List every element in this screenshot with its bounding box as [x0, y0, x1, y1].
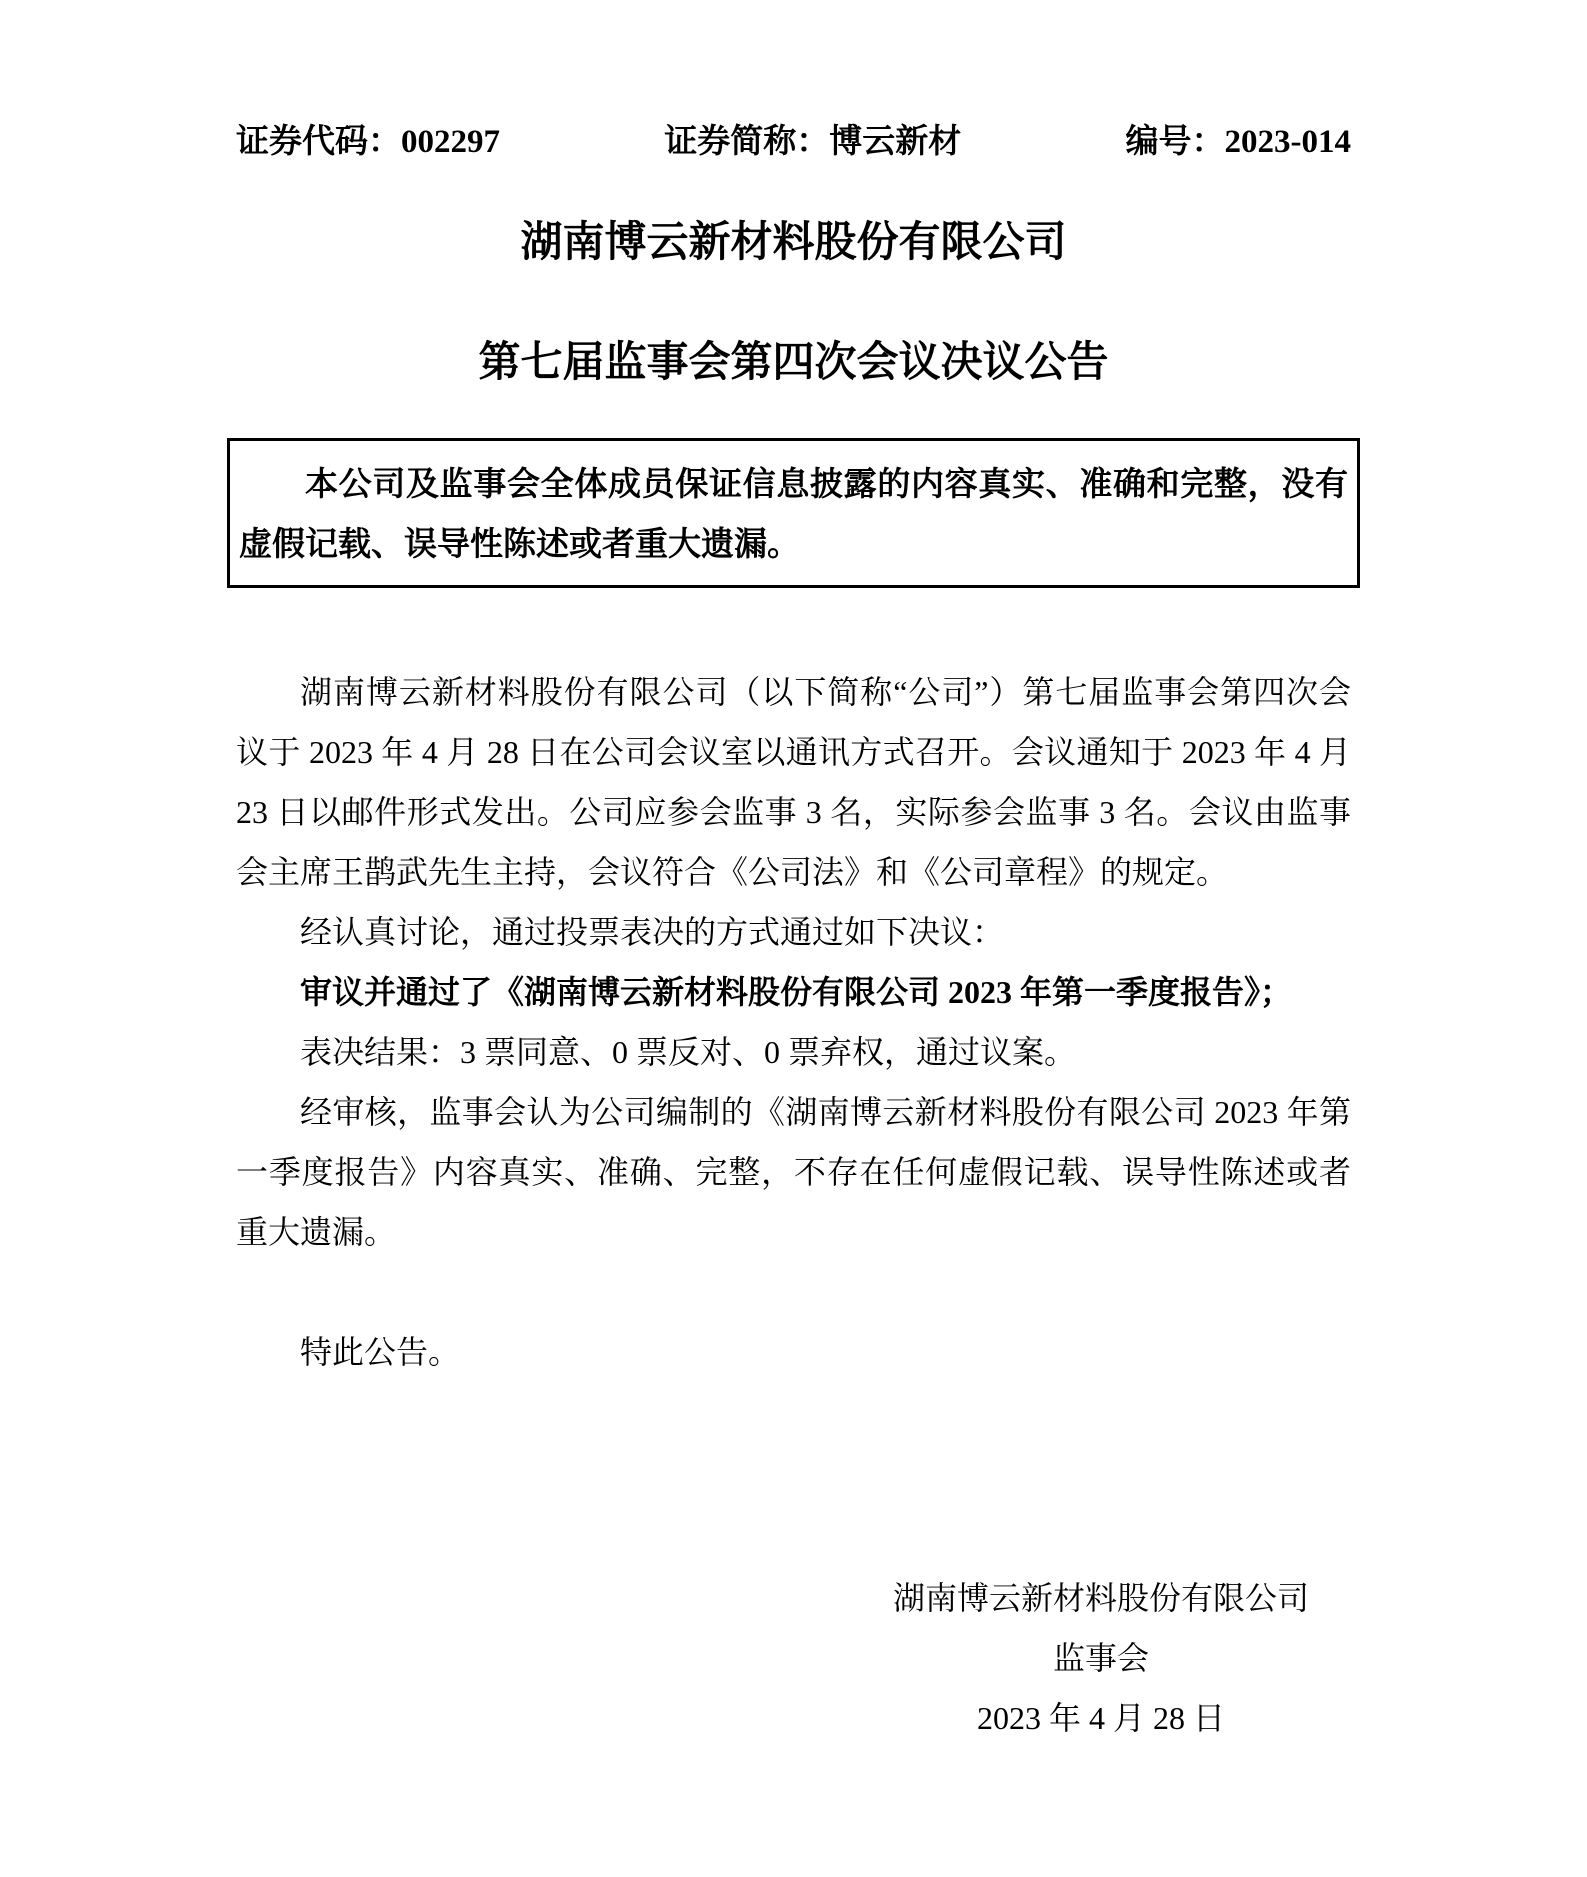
- disclosure-statement-box: 本公司及监事会全体成员保证信息披露的内容真实、准确和完整，没有虚假记载、误导性陈…: [227, 438, 1360, 588]
- resolution-item-paragraph: 审议并通过了《湖南博云新材料股份有限公司 2023 年第一季度报告》；: [236, 962, 1351, 1022]
- signature-block: 湖南博云新材料股份有限公司 监事会 2023 年 4 月 28 日: [851, 1568, 1351, 1748]
- company-name-title: 湖南博云新材料股份有限公司: [236, 218, 1351, 268]
- review-opinion-paragraph: 经审核，监事会认为公司编制的《湖南博云新材料股份有限公司 2023 年第一季度报…: [236, 1082, 1351, 1262]
- document-header: 证券代码：002297 证券简称：博云新材 编号：2023-014: [236, 122, 1351, 162]
- stock-code: 证券代码：002297: [236, 122, 500, 162]
- stock-abbreviation: 证券简称：博云新材: [664, 122, 961, 162]
- disclosure-statement-text: 本公司及监事会全体成员保证信息披露的内容真实、准确和完整，没有虚假记载、误导性陈…: [239, 455, 1348, 575]
- announcement-document: 证券代码：002297 证券简称：博云新材 编号：2023-014 湖南博云新材…: [0, 0, 1587, 1877]
- announcement-body: 湖南博云新材料股份有限公司（以下简称“公司”）第七届监事会第四次会议于 2023…: [236, 662, 1351, 1382]
- signature-company: 湖南博云新材料股份有限公司: [851, 1568, 1351, 1628]
- announcement-number: 编号：2023-014: [1126, 122, 1352, 162]
- closing-statement: 特此公告。: [236, 1322, 1351, 1382]
- meeting-info-paragraph: 湖南博云新材料股份有限公司（以下简称“公司”）第七届监事会第四次会议于 2023…: [236, 662, 1351, 902]
- signature-date: 2023 年 4 月 28 日: [851, 1688, 1351, 1748]
- signature-department: 监事会: [851, 1628, 1351, 1688]
- announcement-title: 第七届监事会第四次会议决议公告: [236, 338, 1351, 388]
- voting-result-paragraph: 表决结果：3 票同意、0 票反对、0 票弃权，通过议案。: [236, 1022, 1351, 1082]
- resolution-intro-paragraph: 经认真讨论，通过投票表决的方式通过如下决议：: [236, 902, 1351, 962]
